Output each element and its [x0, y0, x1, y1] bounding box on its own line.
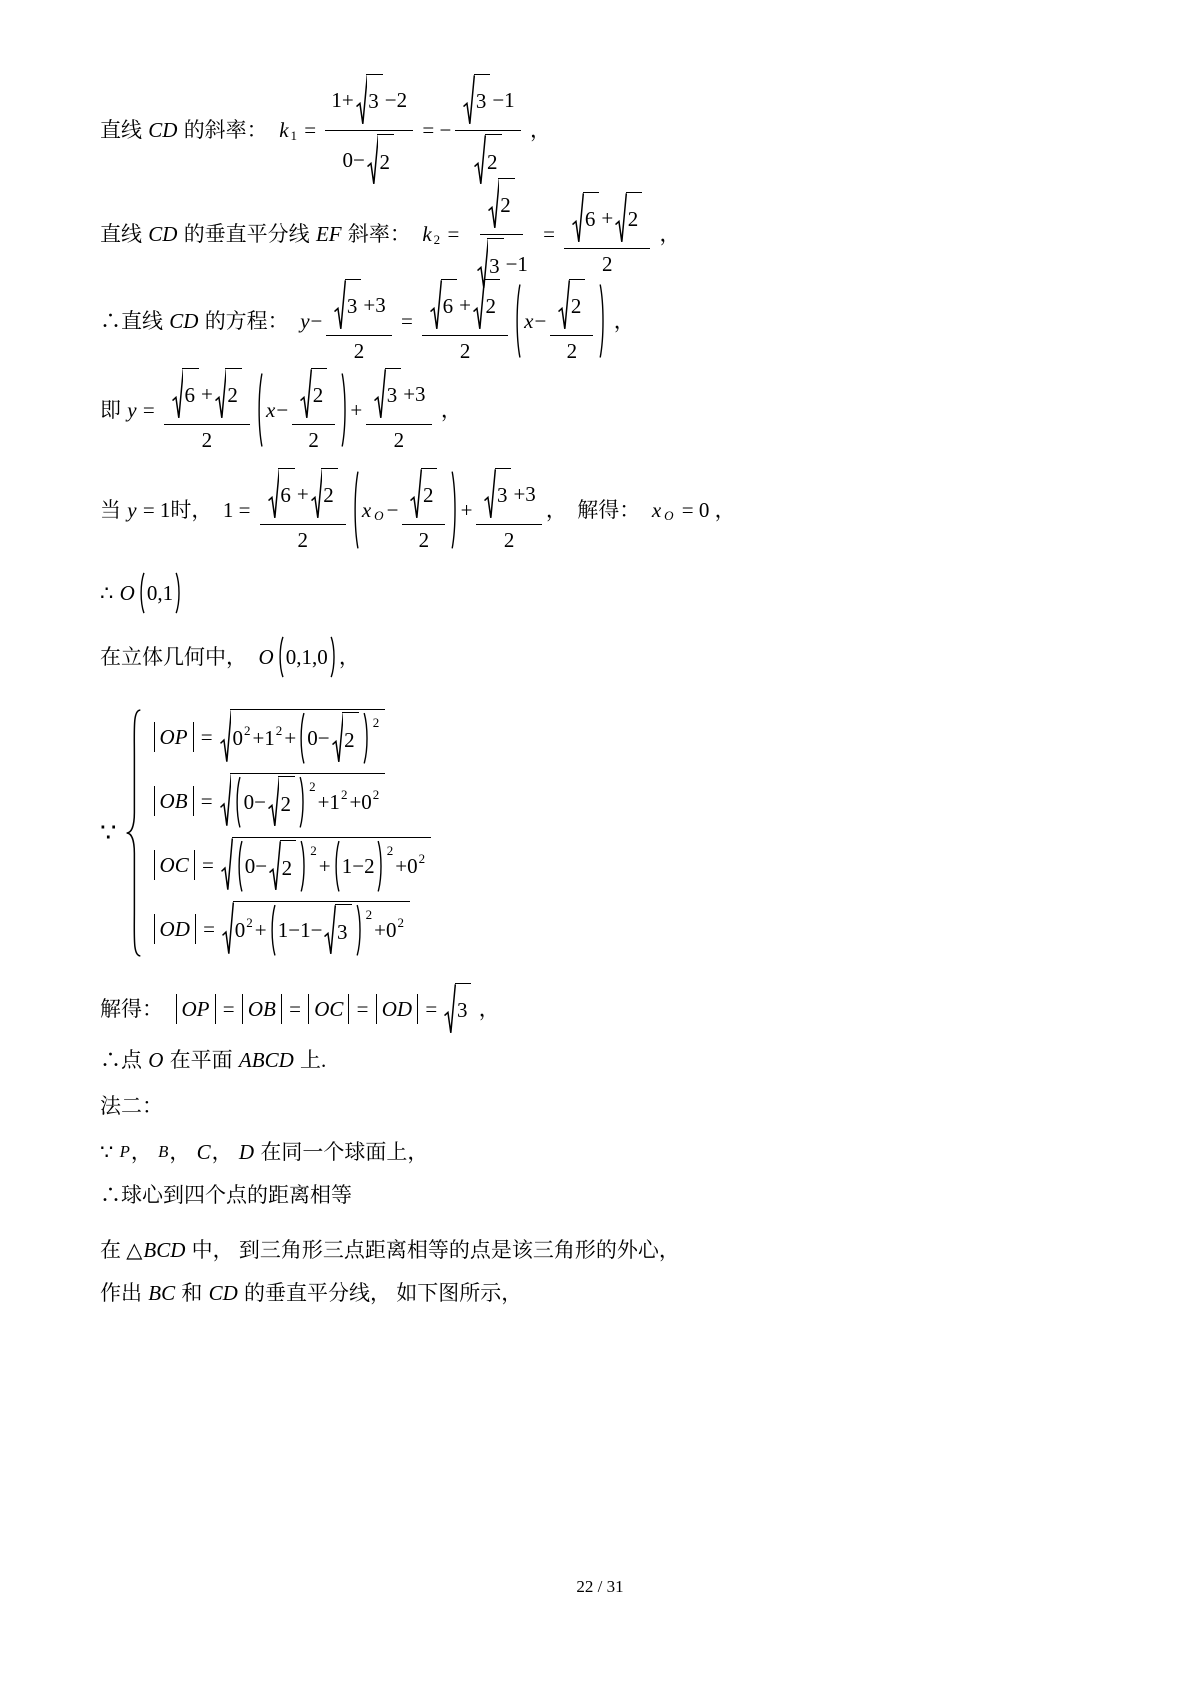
text-run: 2 — [504, 528, 515, 552]
subscript: O — [373, 509, 384, 524]
math-variable: ABCD — [238, 1048, 295, 1072]
numerator: 1+3−2 — [325, 74, 413, 131]
radicand: 2 — [626, 192, 643, 244]
left-paren-icon — [352, 470, 359, 550]
text-run: 2 — [323, 483, 334, 507]
text-run: 3 — [337, 920, 348, 944]
text-run: = 0 ， — [677, 498, 736, 522]
text-run: = — [197, 853, 219, 877]
radicand: 2 — [278, 776, 295, 828]
superscript: 2 — [373, 716, 380, 731]
text-run: ， — [131, 1140, 157, 1164]
line-perp-bisector-ef: 直线 CD 的垂直平分线 EF 斜率： k2 = 23−1 = 6+22 ， — [100, 196, 680, 272]
text-run: ， — [609, 309, 635, 333]
line-triangle-bcd: 在 △BCD 中， 到三角形三点距离相等的点是该三角形的外心， — [100, 1230, 680, 1270]
text-run: 0− — [244, 790, 266, 814]
text-run: 在 △ — [100, 1238, 142, 1262]
radicand: 6 — [278, 468, 295, 520]
text-run: + — [284, 726, 296, 750]
math-variable: OC — [313, 997, 344, 1021]
radicand: 3 — [385, 368, 402, 420]
line-slope-cd: 直线 CD 的斜率： k1 = 1+3−20−2 = −3−12 ， — [100, 93, 551, 167]
math-variable: D — [238, 1140, 255, 1164]
superscript: 2 — [276, 724, 283, 739]
math-variable: k — [421, 222, 432, 246]
text-run: 2 — [379, 150, 390, 174]
text-run: = — [420, 997, 442, 1021]
page-number: 22 / 31 — [0, 1577, 1200, 1597]
text-run: 和 — [176, 1281, 208, 1305]
math-variable: OD — [159, 917, 191, 941]
text-run: = — [218, 997, 240, 1021]
paren-content: 0,1 — [145, 581, 175, 605]
superscript: 2 — [246, 916, 253, 931]
fraction: 6+22 — [422, 279, 508, 364]
radicand: 3 — [345, 279, 362, 331]
text-run: = — [198, 917, 220, 941]
radicand: 3 — [474, 74, 491, 126]
text-run: ， — [339, 645, 360, 669]
right-paren-icon — [300, 840, 307, 892]
subscript: 2 — [434, 233, 441, 248]
math-variable: y — [299, 309, 310, 333]
paren-content: x−22 — [263, 368, 341, 453]
superscript: 2 — [419, 852, 426, 867]
line-solve-xo: 当 y = 1时， 1 = 6+22xO−22+3+32， 解得： xO = 0… — [100, 470, 736, 550]
radical: 3 — [484, 468, 511, 520]
text-run: 2 — [571, 294, 582, 318]
line-method-two: 法二： — [100, 1088, 163, 1124]
fraction: 3+32 — [476, 468, 541, 553]
radical: 3 — [463, 74, 490, 126]
line-cd-equation-simplified: 即 y = 6+22x−22+3+32 ， — [100, 372, 462, 448]
text-run: = — [396, 309, 418, 333]
text-run: 上. — [295, 1048, 327, 1072]
radical: 3 — [374, 368, 401, 420]
radical: 2 — [488, 178, 515, 230]
radicand: 2 — [421, 468, 438, 520]
denominator: 2 — [498, 525, 521, 552]
text-run: 3 — [489, 254, 500, 278]
text-run: 2 — [602, 252, 613, 276]
text-run: −1 — [506, 252, 528, 276]
math-variable: EF — [315, 222, 343, 246]
denominator: 2 — [454, 336, 477, 363]
text-run: 2 — [567, 339, 578, 363]
text-run: 2 — [487, 150, 498, 174]
text-run: ∴点 — [100, 1048, 147, 1072]
text-run: − — [276, 398, 288, 422]
text-run: = 1时， 1 = — [138, 498, 256, 522]
text-run: 3 — [457, 998, 468, 1022]
text-run: ∴球心到四个点的距离相等 — [100, 1183, 352, 1207]
numerator: 3+3 — [326, 279, 391, 336]
text-run: −2 — [385, 88, 407, 112]
math-variable: O — [147, 1048, 164, 1072]
fraction: 23−1 — [469, 178, 534, 291]
radical: 6 — [268, 468, 295, 520]
right-paren-icon — [451, 470, 458, 550]
radical: 2 — [268, 776, 295, 828]
radicand: 3 — [455, 983, 472, 1035]
text-run: 2 — [282, 856, 293, 880]
superscript: 2 — [244, 724, 251, 739]
math-variable: CD — [147, 222, 178, 246]
absolute-value: OP — [176, 994, 216, 1024]
text-run: 3 — [476, 89, 487, 113]
case-op: OP = 02+12+0−22 — [152, 705, 434, 769]
case-ob: OB = 0−22+12+02 — [152, 769, 434, 833]
right-paren-icon — [341, 372, 348, 448]
left-paren-icon — [277, 636, 284, 678]
text-run: 在立体几何中， — [100, 645, 258, 669]
text-run: −1 — [492, 88, 514, 112]
text-run: = — [442, 222, 464, 246]
text-run: 1+ — [331, 88, 353, 112]
text-run: ∵ — [100, 1140, 119, 1164]
right-paren-icon — [299, 776, 306, 828]
radicand: 6 — [441, 279, 458, 331]
text-run: 2 — [280, 792, 291, 816]
paren-group: 1−2 — [333, 840, 384, 892]
left-paren-icon — [514, 283, 521, 359]
text-run: +0 — [395, 854, 417, 878]
text-run: 法二： — [100, 1094, 163, 1118]
text-run: 6 — [443, 294, 454, 318]
radicand: 3 — [495, 468, 512, 520]
math-variable: OP — [159, 725, 189, 749]
radical: 2 — [269, 840, 296, 892]
numerator: 2 — [550, 279, 593, 336]
radical: 6 — [572, 192, 599, 244]
text-run: − — [311, 309, 323, 333]
radical: 0−22+12+02 — [220, 773, 385, 828]
math-variable: OD — [381, 997, 413, 1021]
left-paren-icon — [234, 776, 241, 828]
paren-group: 0,1 — [138, 572, 183, 614]
superscript: 2 — [341, 788, 348, 803]
paren-group: 0−2 — [236, 840, 308, 892]
numerator: 3−1 — [455, 74, 520, 131]
text-run: + — [461, 498, 473, 522]
radicand: 2 — [484, 279, 501, 331]
paren-group: 0−2 — [234, 776, 306, 828]
radicand: 2 — [280, 840, 297, 892]
text-run: 0,1 — [147, 581, 173, 605]
numerator: 6+2 — [422, 279, 508, 336]
text-run: = — [196, 725, 218, 749]
document-page: 直线 CD 的斜率： k1 = 1+3−20−2 = −3−12 ， 直线 CD… — [0, 0, 1200, 1697]
absolute-value: OC — [308, 994, 349, 1024]
radical: 2 — [311, 468, 338, 520]
text-run: + — [201, 382, 213, 406]
text-run: 1−1− — [278, 918, 323, 942]
radical: 02+12+0−22 — [220, 709, 385, 764]
superscript: 2 — [366, 908, 373, 923]
denominator: 2 — [348, 336, 371, 363]
text-run: 作出 — [100, 1281, 147, 1305]
absolute-value: OD — [376, 994, 418, 1024]
math-variable: k — [278, 118, 289, 142]
text-run: 的垂直平分线 — [178, 222, 315, 246]
paren-content: 0−2 — [305, 712, 362, 764]
numerator: 6+2 — [564, 192, 650, 249]
radical: 2 — [615, 192, 642, 244]
text-run: +3 — [513, 482, 535, 506]
denominator: 2 — [196, 425, 219, 452]
radical: 6 — [172, 368, 199, 420]
text-run: 2 — [202, 428, 213, 452]
math-variable: BC — [147, 1281, 176, 1305]
text-run: 直线 — [100, 118, 147, 142]
radical: 2 — [473, 279, 500, 331]
text-run: 2 — [628, 207, 639, 231]
text-run: +3 — [403, 382, 425, 406]
subscript: O — [663, 509, 674, 524]
fraction: 6+22 — [260, 468, 346, 553]
left-paren-icon — [298, 712, 305, 764]
paren-group: 1−1−3 — [269, 904, 363, 956]
line-point-o-2d: ∴ O0,1 — [100, 572, 184, 614]
text-run: 3 — [347, 294, 358, 318]
numerator: 6+2 — [260, 468, 346, 525]
cases-group: OP = 02+12+0−22 OB = 0−22+12+02 OC = 0−2… — [152, 705, 434, 961]
text-run: 2 — [500, 193, 511, 217]
left-paren-icon — [256, 372, 263, 448]
text-run: 0 — [232, 726, 243, 750]
text-run: 2 — [460, 339, 471, 363]
math-variable: O — [258, 645, 275, 669]
brace-svg — [122, 705, 144, 961]
line-o-on-plane: ∴点 O 在平面 ABCD 上. — [100, 1040, 326, 1080]
paren-content: 1−2 — [340, 854, 377, 878]
text-run: + — [297, 482, 309, 506]
text-run: 0 — [235, 918, 246, 942]
text-run: = — [299, 118, 321, 142]
denominator: 2 — [561, 336, 584, 363]
text-run: 2 — [227, 383, 238, 407]
radical: 2 — [367, 134, 394, 186]
math-variable: x — [361, 498, 372, 522]
right-paren-icon — [330, 636, 337, 678]
paren-content: 0,1,0 — [284, 645, 330, 669]
superscript: 2 — [310, 844, 317, 859]
radicand: 6 — [583, 192, 600, 244]
left-brace-icon — [122, 705, 144, 961]
left-paren-icon — [236, 840, 243, 892]
line-solved-distances: 解得： OP = OB = OC = OD = 3 ， — [100, 986, 500, 1032]
paren-group: 0−2 — [298, 712, 370, 764]
radical: 2 — [300, 368, 327, 420]
line-center-equidistant: ∴球心到四个点的距离相等 — [100, 1176, 352, 1214]
right-paren-icon — [377, 840, 384, 892]
text-run: ， — [654, 222, 680, 246]
numerator: 3+3 — [366, 368, 431, 425]
text-run: 2 — [297, 528, 308, 552]
radical: 2 — [410, 468, 437, 520]
paren-content: x−22 — [521, 279, 599, 364]
math-variable: C — [196, 1140, 212, 1164]
numerator: 6+2 — [164, 368, 250, 425]
fraction: 22 — [402, 468, 445, 553]
radicand: 02+12+0−22 — [230, 709, 385, 764]
text-run: ， 解得： — [546, 498, 651, 522]
text-run: ∴ — [100, 581, 119, 605]
text-run: = — [196, 789, 218, 813]
denominator: 2 — [388, 425, 411, 452]
radicand: 0−22+12+02 — [230, 773, 385, 828]
fraction: 3+32 — [366, 368, 431, 453]
text-run: 3 — [368, 89, 379, 113]
text-run: 斜率： — [343, 222, 422, 246]
text-run: ∴直线 — [100, 309, 168, 333]
math-variable: CD — [147, 118, 178, 142]
text-run: 6 — [184, 383, 195, 407]
math-variable: CD — [168, 309, 199, 333]
line-point-o-3d: 在立体几何中， O0,1,0， — [100, 636, 360, 678]
text-run: = — [284, 997, 306, 1021]
superscript: 2 — [387, 844, 394, 859]
radicand: 2 — [377, 134, 394, 186]
text-run: 0− — [343, 148, 365, 172]
line-cd-equation: ∴直线 CD 的方程： y−3+32 = 6+22x−22 ， — [100, 283, 635, 359]
line-draw-bisectors: 作出 BC 和 CD 的垂直平分线， 如下图所示， — [100, 1273, 522, 1313]
numerator: 2 — [402, 468, 445, 525]
fraction: 3+32 — [326, 279, 391, 364]
absolute-value: OD — [154, 914, 196, 944]
text-run: 3 — [387, 383, 398, 407]
line-points-on-sphere: ∵ P， B， C， D 在同一个球面上， — [100, 1132, 428, 1172]
text-run: = — [138, 398, 160, 422]
text-run: 6 — [280, 483, 291, 507]
superscript: 2 — [373, 788, 380, 803]
denominator: 0−2 — [337, 131, 402, 186]
text-run: ， — [473, 997, 499, 1021]
right-paren-icon — [363, 712, 370, 764]
denominator: 2 — [291, 525, 314, 552]
text-run: 的方程： — [199, 309, 299, 333]
text-run: 2 — [486, 294, 497, 318]
text-run: + — [601, 206, 613, 230]
fraction: 6+22 — [164, 368, 250, 453]
superscript: 2 — [397, 916, 404, 931]
radicand: 02+1−1−32+02 — [233, 901, 410, 956]
radical: 3 — [334, 279, 361, 331]
text-run: 在同一个球面上， — [255, 1140, 428, 1164]
text-run: 2 — [308, 428, 319, 452]
text-run: ， — [169, 1140, 195, 1164]
text-run: 的垂直平分线， 如下图所示， — [239, 1281, 523, 1305]
text-run: 1−2 — [342, 854, 375, 878]
text-run: +0 — [374, 918, 396, 942]
text-run: 0− — [245, 854, 267, 878]
case-od: OD = 02+1−1−32+02 — [152, 897, 434, 961]
math-variable: CD — [208, 1281, 239, 1305]
radical: 2 — [558, 279, 585, 331]
superscript: 2 — [309, 780, 316, 795]
math-variable: x — [651, 498, 662, 522]
radical: 3 — [324, 904, 351, 956]
text-run: +0 — [349, 790, 371, 814]
left-paren-icon — [333, 840, 340, 892]
absolute-value: OP — [154, 722, 194, 752]
math-variable: BCD — [142, 1238, 186, 1262]
radicand: 3 — [335, 904, 352, 956]
case-oc: OC = 0−22+1−22+02 — [152, 833, 434, 897]
radicand: 2 — [498, 178, 515, 230]
text-run: 在平面 — [164, 1048, 238, 1072]
math-variable: OB — [247, 997, 277, 1021]
paren-content: 0−2 — [243, 840, 300, 892]
text-run: 的斜率： — [178, 118, 278, 142]
text-run: ， — [436, 398, 462, 422]
text-run: 2 — [419, 528, 430, 552]
text-run: 2 — [423, 483, 434, 507]
paren-group: 0,1,0 — [277, 636, 337, 678]
math-variable: y — [126, 498, 137, 522]
radicand: 2 — [225, 368, 242, 420]
math-variable: OP — [181, 997, 211, 1021]
radical: 3 — [356, 74, 383, 126]
text-run: 直线 — [100, 222, 147, 246]
radicand: 0−22+1−22+02 — [232, 837, 431, 892]
text-run: − — [534, 309, 546, 333]
radicand: 3 — [366, 74, 383, 126]
absolute-value: OC — [154, 850, 195, 880]
math-variable: x — [265, 398, 276, 422]
radicand: 2 — [321, 468, 338, 520]
denominator: 2 — [596, 249, 619, 276]
fraction: 1+3−20−2 — [325, 74, 413, 187]
text-run: 即 — [100, 398, 126, 422]
text-run: 3 — [497, 483, 508, 507]
text-run: +1 — [318, 790, 340, 814]
fraction: 6+22 — [564, 192, 650, 277]
text-run: 6 — [585, 207, 596, 231]
right-paren-icon — [175, 572, 182, 614]
text-run: = − — [417, 118, 451, 142]
text-run: + — [459, 293, 471, 317]
math-variable: OB — [159, 789, 189, 813]
fraction: 3−12 — [455, 74, 520, 187]
text-run: 2 — [394, 428, 405, 452]
text-run: = — [538, 222, 560, 246]
absolute-value: OB — [242, 994, 282, 1024]
text-run: 2 — [344, 728, 355, 752]
right-paren-icon — [599, 283, 606, 359]
numerator: 3+3 — [476, 468, 541, 525]
paren-group: xO−22 — [352, 470, 459, 550]
text-run: +3 — [363, 293, 385, 317]
text-run: 中， 到三角形三点距离相等的点是该三角形的外心， — [186, 1238, 680, 1262]
text-run: 解得： — [100, 997, 174, 1021]
text-run: ， — [212, 1140, 238, 1164]
distance-equation-system: ∵ OP = 02+12+0−22 OB = 0−22+12+02 OC = 0… — [100, 705, 433, 961]
numerator: 2 — [292, 368, 335, 425]
paren-group: x−22 — [514, 283, 606, 359]
radicand: 2 — [342, 712, 359, 764]
right-paren-icon — [356, 904, 363, 956]
paren-content: 1−1−3 — [276, 904, 356, 956]
denominator: 2 — [302, 425, 325, 452]
radicand: 2 — [569, 279, 586, 331]
because-symbol: ∵ — [100, 818, 117, 848]
paren-content: xO−22 — [359, 468, 452, 553]
text-run: + — [255, 918, 267, 942]
subscript: 1 — [291, 129, 298, 144]
text-run: + — [319, 854, 331, 878]
math-variable: OC — [159, 853, 190, 877]
